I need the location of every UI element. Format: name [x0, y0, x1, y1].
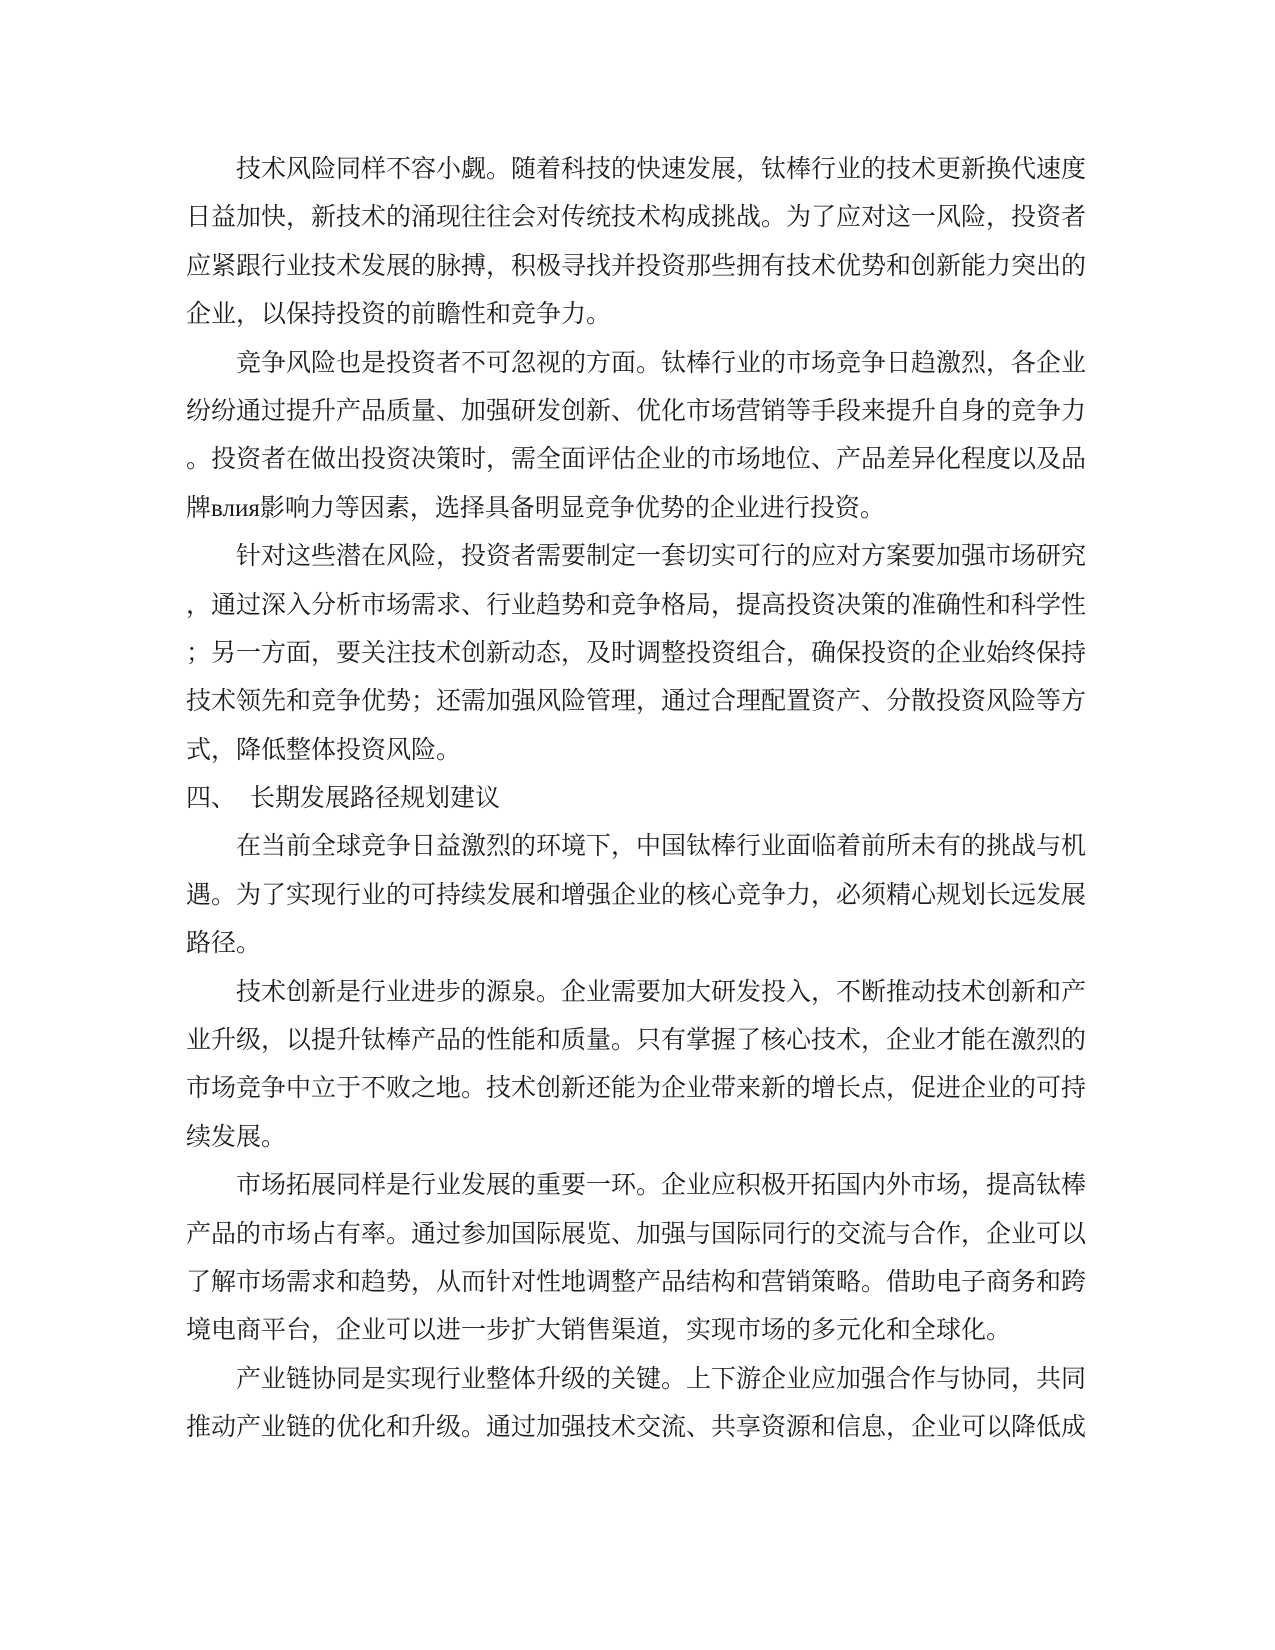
paragraph-industry-chain: 产业链协同是实现行业整体升级的关键。上下游企业应加强合作与协同，共同 推动产业链… — [186, 1356, 1086, 1453]
text-line: 式，降低整体投资风险。 — [186, 727, 1086, 775]
text-line: 路径。 — [186, 920, 1086, 968]
paragraph-competition-risk: 竞争风险也是投资者不可忽视的方面。钛棒行业的市场竞争日趋激烈，各企业 纷纷通过提… — [186, 340, 1086, 534]
text-line: 在当前全球竞争日益激烈的环境下，中国钛棒行业面临着前所未有的挑战与机 — [186, 823, 1086, 871]
text-line: 业升级，以提升钛棒产品的性能和质量。只有掌握了核心技术，企业才能在激烈的 — [186, 1017, 1086, 1065]
section-heading: 四、长期发展路径规划建议 — [186, 775, 1086, 823]
text-content: 技术风险同样不容小觑。随着科技的快速发展，钛棒行业的技术更新换代速度 日益加快，… — [186, 146, 1086, 1453]
heading-title: 长期发展路径规划建议 — [250, 785, 500, 812]
text-line: 企业，以保持投资的前瞻性和竞争力。 — [186, 291, 1086, 339]
text-line: 日益加快，新技术的涌现往往会对传统技术构成挑战。为了应对这一风险，投资者 — [186, 194, 1086, 242]
paragraph-risk-response: 针对这些潜在风险，投资者需要制定一套切实可行的应对方案要加强市场研究 ，通过深入… — [186, 533, 1086, 775]
text-line: 推动产业链的优化和升级。通过加强技术交流、共享资源和信息，企业可以降低成 — [186, 1404, 1086, 1452]
text-line: 牌влия影响力等因素，选择具备明显竞争优势的企业进行投资。 — [186, 485, 1086, 533]
text-line: 技术创新是行业进步的源泉。企业需要加大研发投入，不断推动技术创新和产 — [186, 969, 1086, 1017]
text-line: 市场拓展同样是行业发展的重要一环。企业应积极开拓国内外市场，提高钛棒 — [186, 1162, 1086, 1210]
text-line: 境电商平台，企业可以进一步扩大销售渠道，实现市场的多元化和全球化。 — [186, 1307, 1086, 1355]
document-page: 技术风险同样不容小觑。随着科技的快速发展，钛棒行业的技术更新换代速度 日益加快，… — [0, 0, 1275, 1650]
text-line: 了解市场需求和趋势，从而针对性地调整产品结构和营销策略。借助电子商务和跨 — [186, 1259, 1086, 1307]
paragraph-market-expansion: 市场拓展同样是行业发展的重要一环。企业应积极开拓国内外市场，提高钛棒 产品的市场… — [186, 1162, 1086, 1356]
text-line: 市场竞争中立于不败之地。技术创新还能为企业带来新的增长点，促进企业的可持 — [186, 1065, 1086, 1113]
text-line: 技术风险同样不容小觑。随着科技的快速发展，钛棒行业的技术更新换代速度 — [186, 146, 1086, 194]
text-line: 应紧跟行业技术发展的脉搏，积极寻找并投资那些拥有技术优势和创新能力突出的 — [186, 243, 1086, 291]
text-line: ，通过深入分析市场需求、行业趋势和竞争格局，提高投资决策的准确性和科学性 — [186, 582, 1086, 630]
paragraph-tech-risk: 技术风险同样不容小觑。随着科技的快速发展，钛棒行业的技术更新换代速度 日益加快，… — [186, 146, 1086, 340]
heading-numbering: 四、 — [186, 785, 236, 812]
text-line: 技术领先和竞争优势；还需加强风险管理，通过合理配置资产、分散投资风险等方 — [186, 678, 1086, 726]
text-line: 纷纷通过提升产品质量、加强研发创新、优化市场营销等手段来提升自身的竞争力 — [186, 388, 1086, 436]
text-line: 产业链协同是实现行业整体升级的关键。上下游企业应加强合作与协同，共同 — [186, 1356, 1086, 1404]
paragraph-tech-innovation: 技术创新是行业进步的源泉。企业需要加大研发投入，不断推动技术创新和产 业升级，以… — [186, 969, 1086, 1163]
text-line: 针对这些潜在风险，投资者需要制定一套切实可行的应对方案要加强市场研究 — [186, 533, 1086, 581]
text-line: 遇。为了实现行业的可持续发展和增强企业的核心竞争力，必须精心规划长远发展 — [186, 872, 1086, 920]
text-line: 。投资者在做出投资决策时，需全面评估企业的市场地位、产品差异化程度以及品 — [186, 436, 1086, 484]
text-line: 产品的市场占有率。通过参加国际展览、加强与国际同行的交流与合作，企业可以 — [186, 1211, 1086, 1259]
text-line: 续发展。 — [186, 1114, 1086, 1162]
paragraph-development-context: 在当前全球竞争日益激烈的环境下，中国钛棒行业面临着前所未有的挑战与机 遇。为了实… — [186, 823, 1086, 968]
text-line: ；另一方面，要关注技术创新动态，及时调整投资组合，确保投资的企业始终保持 — [186, 630, 1086, 678]
text-line: 竞争风险也是投资者不可忽视的方面。钛棒行业的市场竞争日趋激烈，各企业 — [186, 340, 1086, 388]
